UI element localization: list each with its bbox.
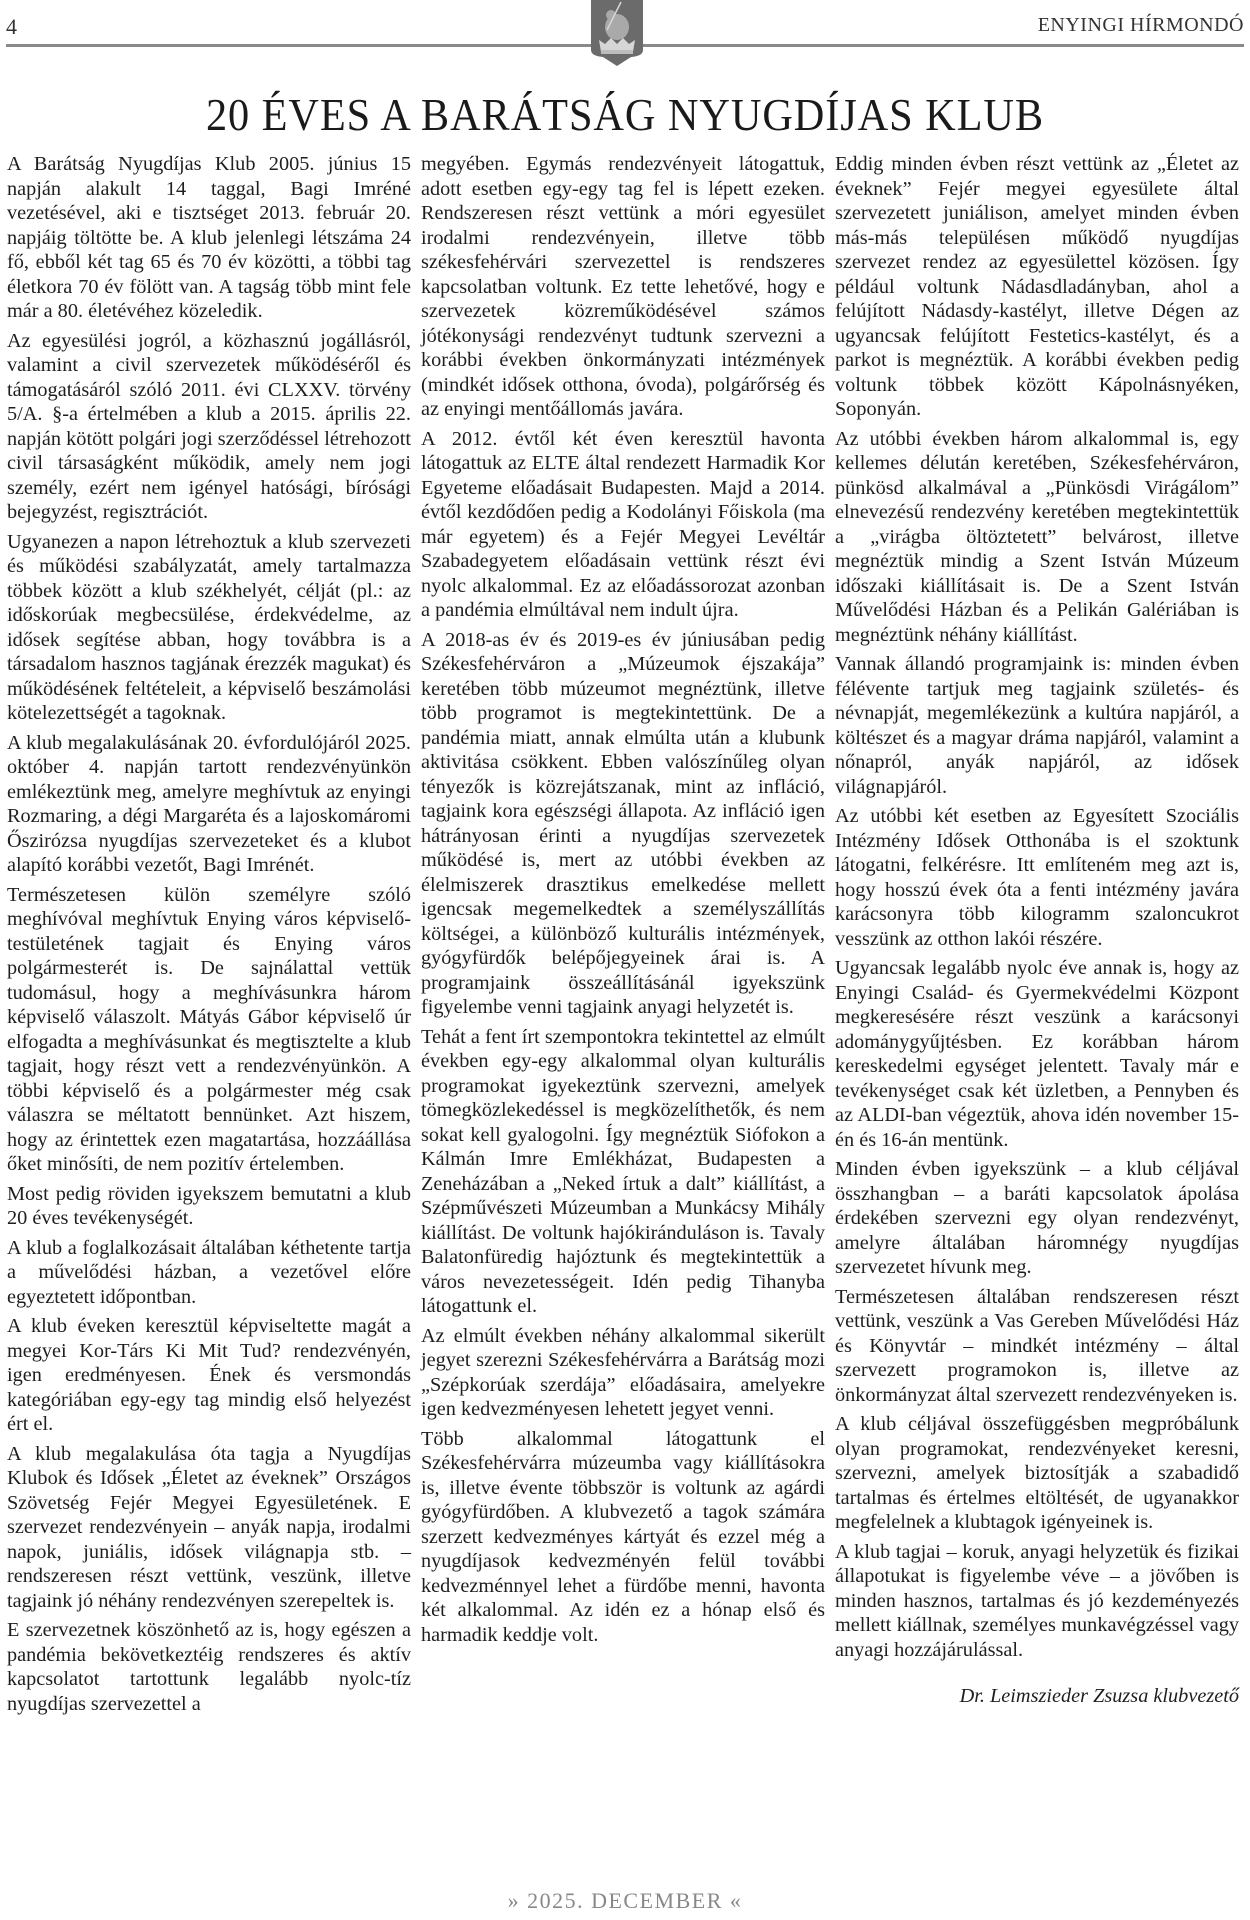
paragraph: Az egyesülési jogról, a közhasznú jogáll… <box>7 329 411 525</box>
paragraph: Tehát a fent írt szempontokra tekintette… <box>421 1025 825 1319</box>
paragraph: E szervezetnek köszönhető az is, hogy eg… <box>7 1618 411 1716</box>
paragraph: Eddig minden évben részt vettünk az „Éle… <box>835 152 1239 422</box>
paragraph: Több alkalommal látogattunk el Székesfeh… <box>421 1427 825 1648</box>
paragraph: A Barátság Nyugdíjas Klub 2005. június 1… <box>7 152 411 324</box>
paragraph: A klub megalakulásának 20. évfordulójáró… <box>7 731 411 878</box>
paragraph: A klub céljával összefüggésben megpróbál… <box>835 1412 1239 1535</box>
publication-name: ENYINGI HÍRMONDÓ <box>1038 14 1244 37</box>
paragraph: Természetesen külön személyre szóló megh… <box>7 883 411 1177</box>
paragraph: Minden évben igyekszünk – a klub céljáva… <box>835 1157 1239 1280</box>
paragraph: Ugyancsak legalább nyolc éve annak is, h… <box>835 956 1239 1152</box>
page-number: 4 <box>6 14 17 40</box>
paragraph: A klub a foglalkozásait általában kéthet… <box>7 1236 411 1310</box>
paragraph: A 2018-as év és 2019-es év júniusában pe… <box>421 628 825 1020</box>
paragraph: Vannak állandó programjaink is: minden é… <box>835 652 1239 799</box>
article-column-1: A Barátság Nyugdíjas Klub 2005. június 1… <box>7 152 411 1721</box>
paragraph: Az utóbbi években három alkalommal is, e… <box>835 427 1239 648</box>
paragraph: Az utóbbi két esetben az Egyesített Szoc… <box>835 804 1239 951</box>
article-column-2: megyében. Egymás rendezvényeit látogattu… <box>421 152 825 1652</box>
coat-of-arms-icon <box>591 0 643 66</box>
paragraph: Természetesen általában rendszeresen rés… <box>835 1285 1239 1408</box>
article-column-3: Eddig minden évben részt vettünk az „Éle… <box>835 152 1239 1714</box>
paragraph: A 2012. évtől két éven keresztül havonta… <box>421 427 825 623</box>
paragraph: Az elmúlt években néhány alkalommal sike… <box>421 1324 825 1422</box>
issue-date-footer: » 2025. DECEMBER « <box>0 1888 1250 1914</box>
article-title: 20 ÉVES A BARÁTSÁG NYUGDÍJAS KLUB <box>50 88 1200 141</box>
paragraph: Most pedig röviden igyekszem bemutatni a… <box>7 1182 411 1231</box>
paragraph: A klub megalakulása óta tagja a Nyugdíja… <box>7 1442 411 1614</box>
paragraph: Ugyanezen a napon létrehoztuk a klub sze… <box>7 530 411 726</box>
author-signature: Dr. Leimszieder Zsuzsa klubvezető <box>835 1684 1239 1709</box>
paragraph: megyében. Egymás rendezvényeit látogattu… <box>421 152 825 422</box>
paragraph: A klub éveken keresztül képviseltette ma… <box>7 1314 411 1437</box>
paragraph: A klub tagjai – koruk, anyagi helyzetük … <box>835 1540 1239 1663</box>
